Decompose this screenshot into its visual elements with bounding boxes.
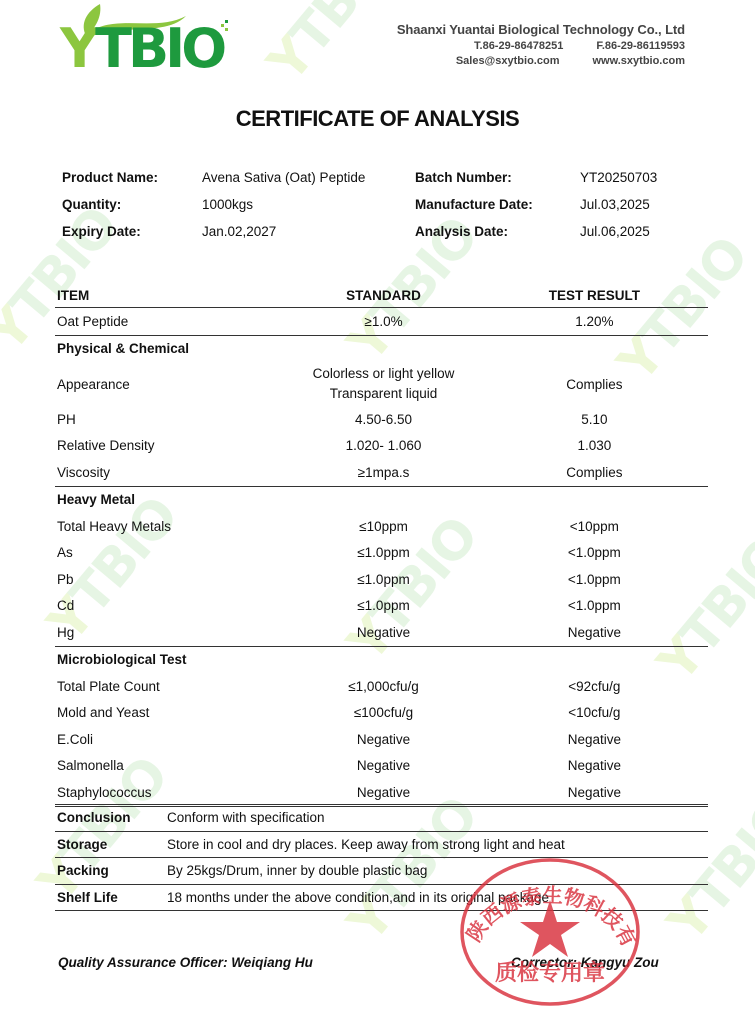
table-row: E.ColiNegativeNegative: [55, 726, 708, 753]
row-standard: Negative: [286, 785, 480, 800]
row-item: E.Coli: [55, 732, 286, 747]
row-item: Staphylococcus: [55, 785, 286, 800]
header-item: ITEM: [55, 288, 286, 303]
row-standard: Negative: [286, 758, 480, 773]
row-standard: Colorless or light yellowTransparent liq…: [286, 364, 480, 404]
table-row: SalmonellaNegativeNegative: [55, 753, 708, 780]
row-result: 1.20%: [481, 314, 708, 329]
product-name-value: Avena Sativa (Oat) Peptide: [202, 170, 415, 185]
section-header: Physical & Chemical: [55, 336, 708, 363]
row-result: Negative: [481, 785, 708, 800]
quantity-label: Quantity:: [62, 197, 202, 212]
analysis-table: ITEM STANDARD TEST RESULT Oat Peptide ≥1…: [55, 284, 708, 807]
table-row: Oat Peptide ≥1.0% 1.20%: [55, 308, 708, 336]
footer-value: By 25kgs/Drum, inner by double plastic b…: [167, 863, 427, 878]
expiry-date-value: Jan.02,2027: [202, 224, 415, 239]
row-standard: Negative: [286, 625, 480, 640]
manufacture-date-label: Manufacture Date:: [415, 197, 580, 212]
row-standard: ≤100cfu/g: [286, 705, 480, 720]
row-item: Appearance: [55, 377, 286, 392]
row-item: Total Heavy Metals: [55, 519, 286, 534]
row-result: <1.0ppm: [481, 572, 708, 587]
row-result: <1.0ppm: [481, 545, 708, 560]
table-sections: Physical & ChemicalAppearanceColorless o…: [55, 336, 708, 807]
section-title: Physical & Chemical: [55, 341, 287, 356]
row-result: Negative: [481, 625, 708, 640]
row-item: Oat Peptide: [55, 314, 286, 329]
row-result: <1.0ppm: [481, 598, 708, 613]
document-title: CERTIFICATE OF ANALYSIS: [0, 106, 755, 132]
row-standard: ≥1.0%: [286, 314, 480, 329]
row-result: <92cfu/g: [481, 679, 708, 694]
row-standard: ≤1.0ppm: [286, 545, 480, 560]
table-row: As≤1.0ppm<1.0ppm: [55, 540, 708, 567]
footer-value: Conform with specification: [167, 810, 325, 825]
company-logo: YTBIO: [56, 2, 236, 82]
company-fax: F.86-29-86119593: [596, 40, 685, 52]
row-item: Relative Density: [55, 438, 286, 453]
row-result: Negative: [481, 758, 708, 773]
company-website: www.sxytbio.com: [592, 55, 685, 67]
table-row: PH4.50-6.505.10: [55, 406, 708, 433]
table-header: ITEM STANDARD TEST RESULT: [55, 284, 708, 308]
analysis-date-label: Analysis Date:: [415, 224, 580, 239]
footer-label: Shelf Life: [55, 890, 167, 905]
row-item: PH: [55, 412, 286, 427]
table-row: Total Heavy Metals≤10ppm<10ppm: [55, 513, 708, 540]
footer-value: Store in cool and dry places. Keep away …: [167, 837, 565, 852]
product-info: Product Name: Avena Sativa (Oat) Peptide…: [62, 164, 682, 245]
certificate-page: YTBIO Shaanxi Yuantai Biological Technol…: [0, 0, 755, 1035]
logo-text: YTBIO: [60, 22, 223, 76]
section-header: Microbiological Test: [55, 647, 708, 674]
row-item: Hg: [55, 625, 286, 640]
row-standard: ≤1.0ppm: [286, 598, 480, 613]
row-standard: ≤1,000cfu/g: [286, 679, 480, 694]
footer-label: Storage: [55, 837, 167, 852]
table-row: Cd≤1.0ppm<1.0ppm: [55, 593, 708, 620]
stamp-bottom-text: 质检专用章: [495, 960, 605, 986]
company-phone: T.86-29-86478251: [448, 40, 563, 52]
row-result: 5.10: [481, 412, 708, 427]
row-result: Complies: [481, 377, 708, 392]
table-row: StaphylococcusNegativeNegative: [55, 779, 708, 807]
row-item: Total Plate Count: [55, 679, 286, 694]
table-row: HgNegativeNegative: [55, 619, 708, 647]
batch-number-label: Batch Number:: [415, 170, 580, 185]
row-result: 1.030: [481, 438, 708, 453]
row-standard: 4.50-6.50: [286, 412, 480, 427]
footer-label: Conclusion: [55, 810, 167, 825]
row-result: Complies: [481, 465, 708, 480]
batch-number-value: YT20250703: [580, 170, 657, 185]
row-result: <10cfu/g: [481, 705, 708, 720]
manufacture-date-value: Jul.03,2025: [580, 197, 650, 212]
table-row: Pb≤1.0ppm<1.0ppm: [55, 566, 708, 593]
table-row: Relative Density1.020- 1.0601.030: [55, 433, 708, 460]
table-row: AppearanceColorless or light yellowTrans…: [55, 362, 708, 406]
row-standard: 1.020- 1.060: [286, 438, 480, 453]
row-standard: ≤10ppm: [286, 519, 480, 534]
row-standard: ≥1mpa.s: [286, 465, 480, 480]
header-test-result: TEST RESULT: [481, 288, 708, 303]
analysis-date-value: Jul.06,2025: [580, 224, 650, 239]
section-title: Microbiological Test: [55, 652, 287, 667]
row-item: Salmonella: [55, 758, 286, 773]
qa-officer-signature: Quality Assurance Officer: Weiqiang Hu: [58, 955, 313, 970]
row-item: Pb: [55, 572, 286, 587]
row-result: <10ppm: [481, 519, 708, 534]
table-row: Mold and Yeast≤100cfu/g<10cfu/g: [55, 700, 708, 727]
row-standard: Negative: [286, 732, 480, 747]
section-title: Heavy Metal: [55, 492, 287, 507]
row-item: Viscosity: [55, 465, 286, 480]
row-item: As: [55, 545, 286, 560]
section-header: Heavy Metal: [55, 487, 708, 514]
row-result: Negative: [481, 732, 708, 747]
footer-label: Packing: [55, 863, 167, 878]
table-row: Total Plate Count≤1,000cfu/g<92cfu/g: [55, 673, 708, 700]
expiry-date-label: Expiry Date:: [62, 224, 202, 239]
company-email: Sales@sxytbio.com: [444, 55, 559, 67]
company-name: Shaanxi Yuantai Biological Technology Co…: [397, 22, 685, 37]
row-standard: ≤1.0ppm: [286, 572, 480, 587]
footer-row: ConclusionConform with specification: [55, 804, 708, 831]
quantity-value: 1000kgs: [202, 197, 415, 212]
company-seal-stamp: 陕西源泰生物科技有限公司 质检专用章: [455, 852, 645, 1012]
row-item: Cd: [55, 598, 286, 613]
row-item: Mold and Yeast: [55, 705, 286, 720]
table-row: Viscosity≥1mpa.sComplies: [55, 459, 708, 487]
company-header: Shaanxi Yuantai Biological Technology Co…: [397, 22, 685, 67]
product-name-label: Product Name:: [62, 170, 202, 185]
header-standard: STANDARD: [286, 288, 480, 303]
